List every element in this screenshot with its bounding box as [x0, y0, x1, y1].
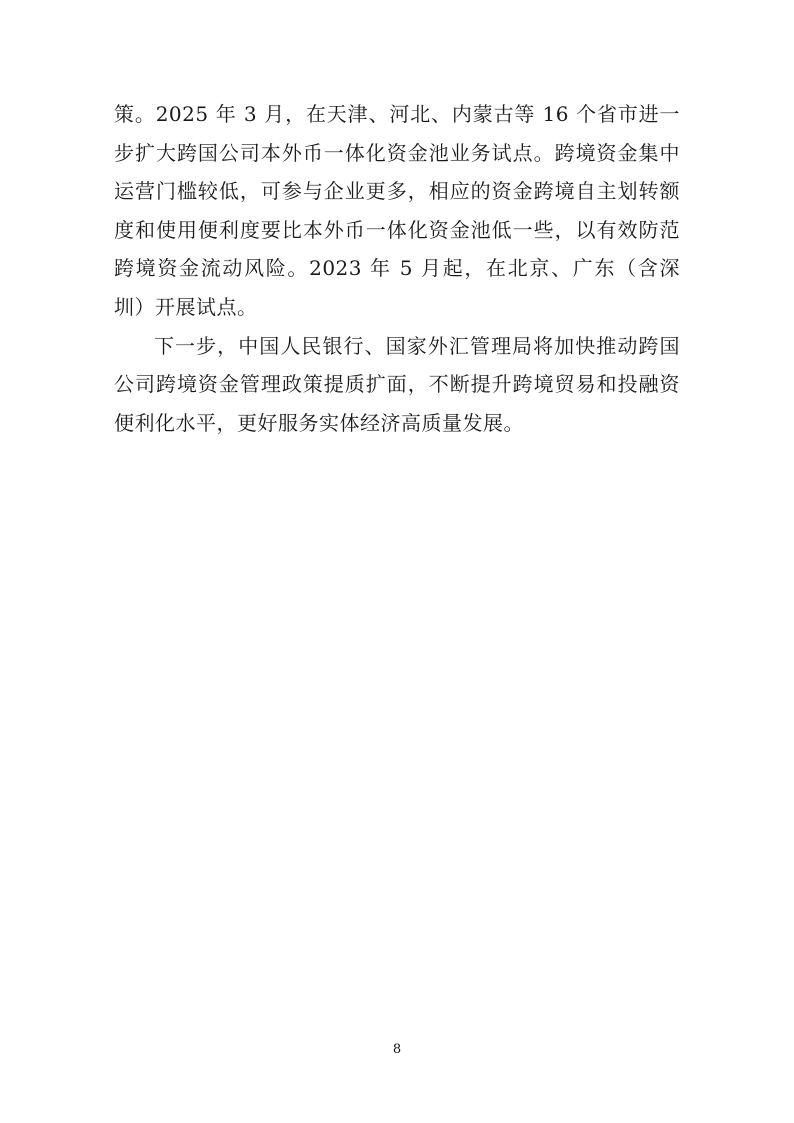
- page-footer: 8: [0, 1038, 794, 1057]
- document-page: 策。2025 年 3 月，在天津、河北、内蒙古等 16 个省市进一步扩大跨国公司…: [0, 0, 794, 1123]
- paragraph-next-steps: 下一步，中国人民银行、国家外汇管理局将加快推动跨国公司跨境资金管理政策提质扩面，…: [114, 327, 680, 443]
- document-body: 策。2025 年 3 月，在天津、河北、内蒙古等 16 个省市进一步扩大跨国公司…: [114, 95, 680, 442]
- page-number: 8: [393, 1042, 401, 1057]
- paragraph-continuation: 策。2025 年 3 月，在天津、河北、内蒙古等 16 个省市进一步扩大跨国公司…: [114, 95, 680, 327]
